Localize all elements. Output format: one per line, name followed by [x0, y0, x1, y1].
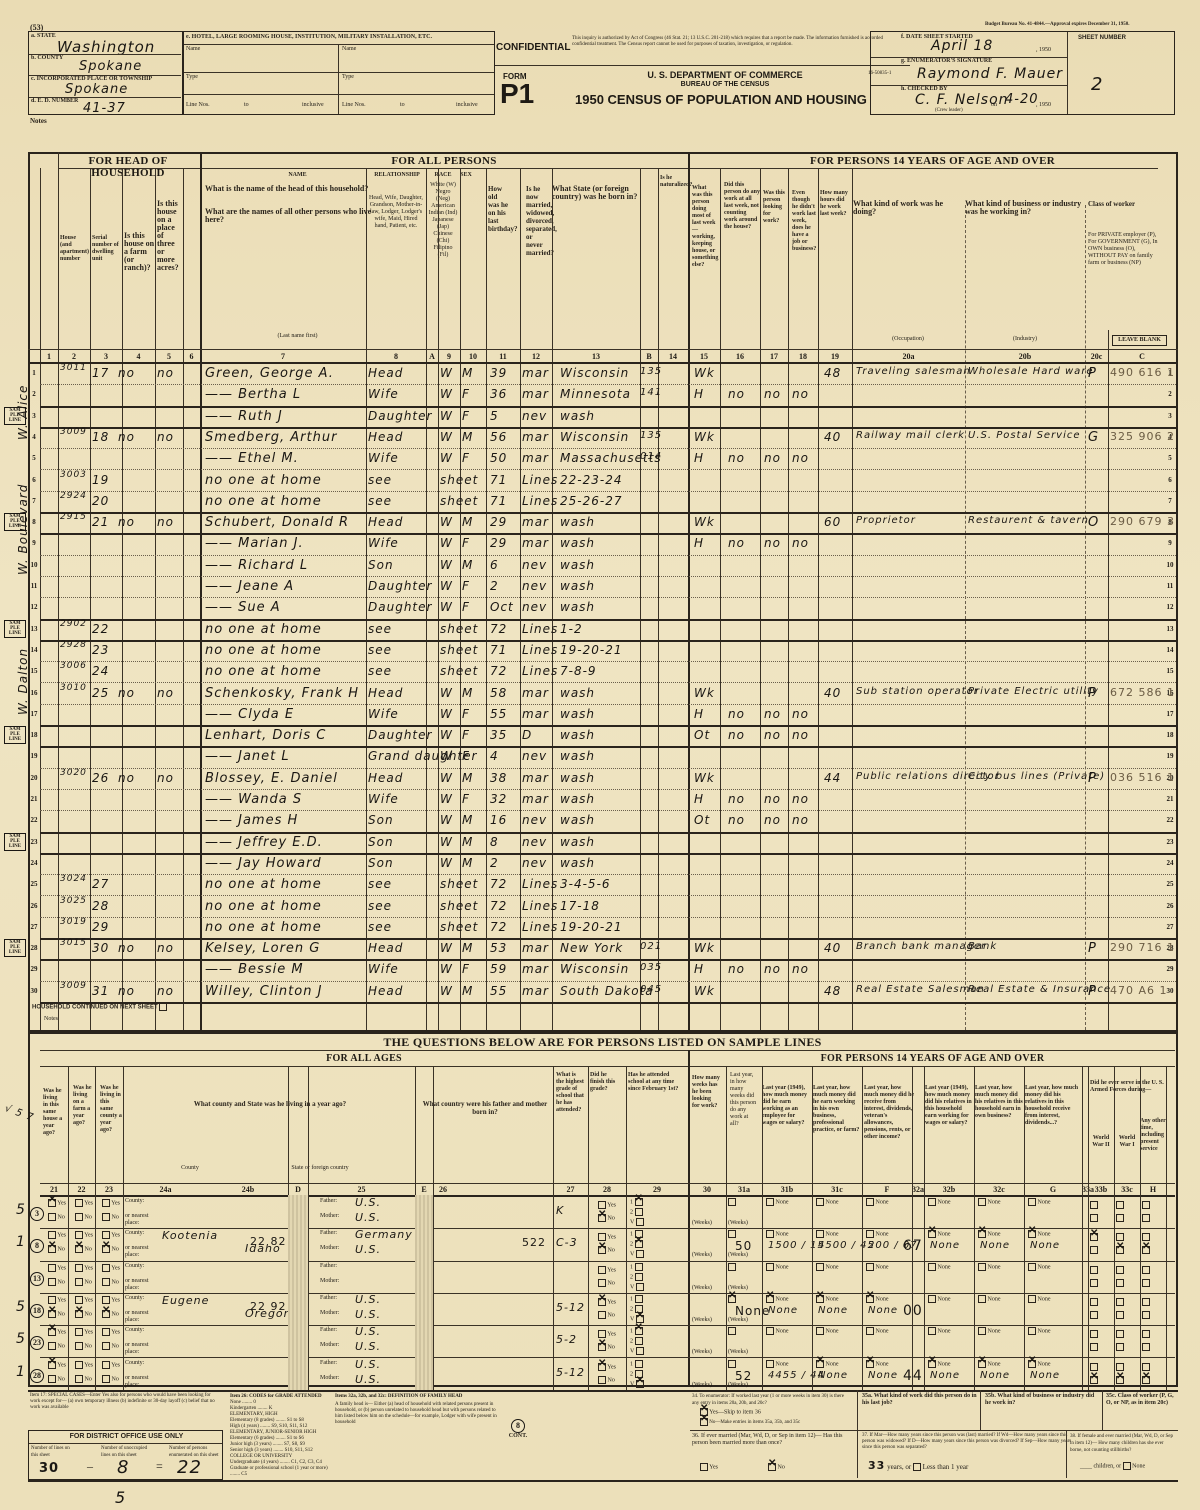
- table-row: 2727301929no one at homeseesheet72Lines1…: [0, 917, 1150, 938]
- cell-c15: H: [694, 451, 704, 465]
- q22-no-checkbox[interactable]: [75, 1213, 83, 1221]
- cell-c15: Wk: [694, 430, 715, 444]
- place-value: Spokane: [65, 82, 128, 97]
- q22-no-checkbox[interactable]: [75, 1342, 83, 1350]
- cell-age: 50: [490, 451, 507, 465]
- street-name-boulevard: W. Boulevard: [16, 484, 30, 575]
- line-number: 6: [28, 476, 40, 484]
- inc32b-none-checkbox[interactable]: [978, 1360, 986, 1368]
- q34-no-checkbox[interactable]: [700, 1418, 708, 1426]
- table-row: 1212—— Sue ADaughterWFOctnevwash: [0, 597, 1150, 618]
- inc31b-none-checkbox[interactable]: [816, 1327, 824, 1335]
- table-row: 1717—— Clyda EWifeWF55marwashHnonono: [0, 704, 1150, 725]
- sample-column-number: 24a: [123, 1185, 208, 1194]
- other-yes-checkbox[interactable]: [1142, 1266, 1150, 1274]
- mother-birthplace: U.S.: [355, 1243, 381, 1256]
- finished-no-checkbox[interactable]: [598, 1343, 606, 1351]
- cell-sex: F: [462, 451, 470, 465]
- line-number: 12: [1164, 603, 1176, 611]
- q21-no-checkbox[interactable]: [48, 1213, 56, 1221]
- q36-no-checkbox[interactable]: [768, 1463, 776, 1471]
- attended-over-checkbox[interactable]: [636, 1250, 644, 1258]
- ww2-no-checkbox[interactable]: [1090, 1246, 1098, 1254]
- attended-yes-checkbox[interactable]: [635, 1198, 643, 1206]
- income-inc32c: None: [1030, 1240, 1060, 1251]
- q23-yes-checkbox[interactable]: [102, 1231, 110, 1239]
- cell-serial: 21: [92, 515, 109, 529]
- ww1-no-checkbox[interactable]: [1116, 1376, 1124, 1384]
- finished-yes-checkbox[interactable]: [598, 1233, 606, 1241]
- line-number: 30: [28, 987, 40, 995]
- other-no-checkbox[interactable]: [1142, 1311, 1150, 1319]
- other-yes-checkbox[interactable]: [1142, 1363, 1150, 1371]
- q23-yes-checkbox[interactable]: [102, 1328, 110, 1336]
- cell-age: 72: [490, 664, 507, 678]
- cell-c15: Wk: [694, 515, 715, 529]
- cell-marital: mar: [522, 984, 549, 998]
- sample-column-number: 30: [688, 1185, 726, 1194]
- ww2-yes-checkbox[interactable]: [1090, 1201, 1098, 1209]
- finished-no-checkbox[interactable]: [598, 1376, 606, 1384]
- sample-column-number: F: [862, 1185, 912, 1194]
- cell-c15: Wk: [694, 941, 715, 955]
- finished-no-checkbox[interactable]: [598, 1279, 606, 1287]
- q23-no-checkbox[interactable]: [102, 1310, 110, 1318]
- attended-yes-checkbox[interactable]: [635, 1327, 643, 1335]
- cell-house: 3024: [60, 874, 87, 884]
- cell-serial: 18: [92, 430, 109, 444]
- none-children-checkbox[interactable]: [1123, 1462, 1131, 1470]
- weeks-none-checkbox[interactable]: [728, 1327, 736, 1335]
- other-yes-checkbox[interactable]: [1142, 1298, 1150, 1306]
- ww2-yes-checkbox[interactable]: [1090, 1363, 1098, 1371]
- cell-cls: P: [1088, 941, 1097, 956]
- finished-no-checkbox[interactable]: [598, 1311, 606, 1319]
- inc31b-none-checkbox[interactable]: [816, 1295, 824, 1303]
- attended-no-checkbox[interactable]: [635, 1337, 643, 1345]
- section-over-14: FOR PERSONS 14 YEARS OF AGE AND OVER: [690, 155, 1175, 167]
- attended-over-checkbox[interactable]: [636, 1283, 644, 1291]
- income-inc31b: None: [818, 1370, 848, 1381]
- cell-age: 8: [490, 835, 499, 849]
- cell-race: sheet: [440, 473, 478, 487]
- cell-age: 39: [490, 366, 507, 380]
- cell-race: W: [440, 387, 453, 401]
- weeks-none-checkbox[interactable]: [728, 1198, 736, 1206]
- finished-no-checkbox[interactable]: [598, 1214, 606, 1222]
- ww1-yes-checkbox[interactable]: [1116, 1266, 1124, 1274]
- other-no-checkbox[interactable]: [1142, 1279, 1150, 1287]
- cell-name: Blossey, E. Daniel: [205, 771, 338, 786]
- cell-sex: M: [462, 835, 473, 849]
- cell-race: sheet: [440, 899, 478, 913]
- inc31b-none-checkbox[interactable]: [816, 1360, 824, 1368]
- cell-race: W: [440, 984, 453, 998]
- cell-rel: see: [368, 664, 392, 678]
- q23-yes-checkbox[interactable]: [102, 1199, 110, 1207]
- sample-column-number: D: [288, 1185, 308, 1194]
- cell-rel: Son: [368, 856, 394, 870]
- q22-yes-checkbox[interactable]: [75, 1264, 83, 1272]
- inc32b-none-checkbox[interactable]: [978, 1198, 986, 1206]
- cell-name: no one at home: [205, 643, 322, 658]
- table-row: 3030300931nonoWilley, Clinton JHeadWM55m…: [0, 981, 1150, 1002]
- cell-age: 35: [490, 728, 507, 742]
- table-row: 1414292823no one at homeseesheet71Lines1…: [0, 640, 1150, 661]
- ww2-no-checkbox[interactable]: [1090, 1376, 1098, 1384]
- cell-b: 045: [640, 984, 662, 995]
- cell-birth: wash: [560, 600, 595, 614]
- table-row: 2929—— Bessie MWifeWF59marWisconsin035Hn…: [0, 959, 1150, 980]
- ww1-yes-checkbox[interactable]: [1116, 1363, 1124, 1371]
- household-continued-checkbox[interactable]: [159, 1003, 167, 1011]
- cell-marital: mar: [522, 792, 549, 806]
- q21-yes-checkbox[interactable]: [48, 1231, 56, 1239]
- cell-c19: 48: [824, 984, 841, 998]
- table-row: 11301117nonoGreen, George A.HeadWM39marW…: [0, 363, 1150, 384]
- q21-yes-checkbox[interactable]: [48, 1296, 56, 1304]
- inc32a-none-checkbox[interactable]: [928, 1360, 936, 1368]
- cell-c17: no: [764, 451, 781, 465]
- line-number: 3: [1164, 412, 1176, 420]
- inc31a-none-checkbox[interactable]: [766, 1230, 774, 1238]
- cell-c19: 40: [824, 430, 841, 444]
- inc32a-none-checkbox[interactable]: [928, 1263, 936, 1271]
- sample-circle: 23: [30, 1332, 44, 1350]
- line-number: 27: [1164, 923, 1176, 931]
- cell-farm: no: [118, 686, 135, 700]
- cell-rel: Daughter: [368, 409, 432, 423]
- other-no-checkbox[interactable]: [1142, 1246, 1150, 1254]
- inc32a-none-checkbox[interactable]: [928, 1327, 936, 1335]
- cell-age: 72: [490, 622, 507, 636]
- q23-yes-checkbox[interactable]: [102, 1296, 110, 1304]
- cell-race: sheet: [440, 920, 478, 934]
- cell-code: 290 679 3: [1110, 515, 1175, 528]
- sample-row: 1 8 Yes No Yes No Yes No County: or near…: [0, 1228, 1180, 1260]
- cell-acres: no: [157, 984, 174, 998]
- finished-yes-checkbox[interactable]: [598, 1363, 606, 1371]
- attended-over-checkbox[interactable]: [636, 1347, 644, 1355]
- q23-yes-checkbox[interactable]: [102, 1361, 110, 1369]
- other-no-checkbox[interactable]: [1142, 1214, 1150, 1222]
- cell-age: 71: [490, 643, 507, 657]
- inc31c-none-checkbox[interactable]: [866, 1198, 874, 1206]
- highest-grade: C-3: [556, 1236, 578, 1249]
- weeks-none-checkbox[interactable]: [728, 1263, 736, 1271]
- cell-marital: mar: [522, 366, 549, 380]
- cell-name: —— Bessie M: [205, 962, 304, 977]
- cell-birth: Wisconsin: [560, 962, 629, 976]
- inc31c-none-checkbox[interactable]: [866, 1263, 874, 1271]
- cell-birth: wash: [560, 749, 595, 763]
- q22-yes-checkbox[interactable]: [75, 1231, 83, 1239]
- table-row: 33SAMPLELINE—— Ruth JDaughterWF5nevwash: [0, 406, 1150, 427]
- inc31b-none-checkbox[interactable]: [816, 1198, 824, 1206]
- cell-house: 3009: [60, 427, 87, 437]
- attended-no-checkbox[interactable]: [635, 1208, 643, 1216]
- cell-birth: 17-18: [560, 899, 600, 913]
- finished-yes-checkbox[interactable]: [598, 1266, 606, 1274]
- cell-house: 3009: [60, 981, 87, 991]
- inc31a-none-checkbox[interactable]: [766, 1198, 774, 1206]
- inc32a-none-checkbox[interactable]: [928, 1295, 936, 1303]
- location-box: a. STATE Washington b. COUNTY Spokane c.…: [28, 31, 183, 115]
- income-inc31c: None: [868, 1305, 898, 1316]
- q22-no-checkbox[interactable]: [75, 1245, 83, 1253]
- q23-no-checkbox[interactable]: [102, 1245, 110, 1253]
- line-number: 2: [1164, 390, 1176, 398]
- income-inc31b: 4500 / 45: [818, 1240, 875, 1251]
- cell-name: Schubert, Donald R: [205, 515, 349, 530]
- cell-occ: Railway mail clerk: [856, 430, 965, 441]
- cell-rel: Head: [368, 771, 403, 785]
- q21-no-checkbox[interactable]: [48, 1342, 56, 1350]
- cell-name: no one at home: [205, 877, 322, 892]
- q22-no-checkbox[interactable]: [75, 1278, 83, 1286]
- cell-marital: Lines: [522, 494, 558, 508]
- q22-yes-checkbox[interactable]: [75, 1361, 83, 1369]
- cell-age: 55: [490, 984, 507, 998]
- other-no-checkbox[interactable]: [1142, 1376, 1150, 1384]
- inc32c-none-checkbox[interactable]: [1028, 1263, 1036, 1271]
- cell-sex: M: [462, 813, 473, 827]
- cell-marital: mar: [522, 771, 549, 785]
- ww2-no-checkbox[interactable]: [1090, 1279, 1098, 1287]
- cell-race: W: [440, 962, 453, 976]
- cell-c15: Ot: [694, 813, 710, 827]
- cell-c19: 40: [824, 686, 841, 700]
- line-number: 23: [28, 838, 40, 846]
- q21-yes-checkbox[interactable]: [48, 1199, 56, 1207]
- income-inc32a: None: [930, 1240, 960, 1251]
- inc32c-none-checkbox[interactable]: [1028, 1327, 1036, 1335]
- table-row: 66300319no one at homeseesheet71Lines22-…: [0, 470, 1150, 491]
- cell-birth: wash: [560, 813, 595, 827]
- cell-birth: wash: [560, 771, 595, 785]
- cell-code: 290 716 1: [1110, 941, 1175, 954]
- q23-no-checkbox[interactable]: [102, 1342, 110, 1350]
- cell-serial: 19: [92, 473, 109, 487]
- table-row: 1111—— Jeane ADaughterWF2nevwash: [0, 576, 1150, 597]
- cell-name: —— Jeffrey E.D.: [205, 835, 323, 850]
- cell-race: W: [440, 792, 453, 806]
- cell-name: —— Richard L: [205, 558, 308, 573]
- ww2-no-checkbox[interactable]: [1090, 1343, 1098, 1351]
- q21-yes-checkbox[interactable]: [48, 1361, 56, 1369]
- other-yes-checkbox[interactable]: [1142, 1201, 1150, 1209]
- cell-birth: 25-26-27: [560, 494, 622, 508]
- attended-yes-checkbox[interactable]: [635, 1295, 643, 1303]
- cell-sex: F: [462, 707, 470, 721]
- sample-line-marker: SAMPLELINE: [4, 726, 26, 744]
- ww2-no-checkbox[interactable]: [1090, 1311, 1098, 1319]
- ww1-yes-checkbox[interactable]: [1116, 1298, 1124, 1306]
- ww1-yes-checkbox[interactable]: [1116, 1233, 1124, 1241]
- ww2-yes-checkbox[interactable]: [1090, 1233, 1098, 1241]
- cell-sex: M: [462, 430, 473, 444]
- q21-no-checkbox[interactable]: [48, 1310, 56, 1318]
- line-number: 7: [1164, 497, 1176, 505]
- q22-yes-checkbox[interactable]: [75, 1199, 83, 1207]
- ww2-yes-checkbox[interactable]: [1090, 1330, 1098, 1338]
- finished-yes-checkbox[interactable]: [598, 1201, 606, 1209]
- cell-name: —— Marian J.: [205, 536, 304, 551]
- ww2-yes-checkbox[interactable]: [1090, 1298, 1098, 1306]
- highest-grade: K: [556, 1204, 564, 1217]
- q21-yes-checkbox[interactable]: [48, 1328, 56, 1336]
- weeks-none-checkbox[interactable]: [728, 1230, 736, 1238]
- cell-c17: no: [764, 536, 781, 550]
- cell-house: 3020: [60, 768, 87, 778]
- other-no-checkbox[interactable]: [1142, 1343, 1150, 1351]
- ww1-yes-checkbox[interactable]: [1116, 1201, 1124, 1209]
- cell-rel: Wife: [368, 707, 399, 721]
- cell-serial: 23: [92, 643, 109, 657]
- ww1-no-checkbox[interactable]: [1116, 1279, 1124, 1287]
- cell-farm: no: [118, 366, 135, 380]
- inc31c-none-checkbox[interactable]: [866, 1327, 874, 1335]
- inc32b-none-checkbox[interactable]: [978, 1230, 986, 1238]
- cell-sex: M: [462, 941, 473, 955]
- weeks-none-checkbox[interactable]: [728, 1360, 736, 1368]
- sample-row: 1 28 Yes No Yes No Yes No County: or nea…: [0, 1358, 1180, 1390]
- ww2-yes-checkbox[interactable]: [1090, 1266, 1098, 1274]
- cell-marital: nev: [522, 835, 547, 849]
- cell-birth: wash: [560, 856, 595, 870]
- table-row: 22—— Bertha LWifeWF36marMinnesota141Hnon…: [0, 384, 1150, 405]
- income-inc32b: None: [980, 1240, 1010, 1251]
- inc32a-none-checkbox[interactable]: [928, 1198, 936, 1206]
- q22-yes-checkbox[interactable]: [75, 1328, 83, 1336]
- grade-code-item: Graduate or professional school (1 year …: [230, 1466, 328, 1478]
- cell-c16: no: [728, 387, 745, 401]
- attended-over-checkbox[interactable]: [636, 1380, 644, 1388]
- q23-yes-checkbox[interactable]: [102, 1264, 110, 1272]
- attended-over-checkbox[interactable]: [636, 1218, 644, 1226]
- income-inc31a: 1500 / 15: [768, 1240, 825, 1251]
- q21-no-checkbox[interactable]: [48, 1245, 56, 1253]
- sample-circle: 18: [30, 1300, 44, 1318]
- finished-no-checkbox[interactable]: [598, 1246, 606, 1254]
- cell-sex: F: [462, 409, 470, 423]
- form-number: P1: [500, 80, 534, 108]
- less-than-year-checkbox[interactable]: [913, 1463, 921, 1471]
- inc31a-none-checkbox[interactable]: [766, 1327, 774, 1335]
- household-continued[interactable]: HOUSEHOLD CONTINUED ON NEXT SHEET: [32, 1003, 167, 1012]
- q22-no-checkbox[interactable]: [75, 1375, 83, 1383]
- cell-marital: Lines: [522, 664, 558, 678]
- q22-yes-checkbox[interactable]: [75, 1296, 83, 1304]
- finished-yes-checkbox[interactable]: [598, 1298, 606, 1306]
- ww1-no-checkbox[interactable]: [1116, 1214, 1124, 1222]
- inc32b-none-checkbox[interactable]: [978, 1263, 986, 1271]
- cell-rel: see: [368, 920, 392, 934]
- inc32c-none-checkbox[interactable]: [1028, 1360, 1036, 1368]
- cell-rel: Wife: [368, 387, 399, 401]
- cell-marital: mar: [522, 387, 549, 401]
- inc31c-none-checkbox[interactable]: [866, 1295, 874, 1303]
- cell-race: W: [440, 366, 453, 380]
- cell-sex: M: [462, 984, 473, 998]
- sample-row: 5 23 Yes No Yes No Yes No County: or nea…: [0, 1325, 1180, 1357]
- inc31a-none-checkbox[interactable]: [766, 1263, 774, 1271]
- q36-yes-checkbox[interactable]: [700, 1463, 708, 1471]
- inc32c-none-checkbox[interactable]: [1028, 1230, 1036, 1238]
- ww1-no-checkbox[interactable]: [1116, 1311, 1124, 1319]
- attended-no-checkbox[interactable]: [635, 1240, 643, 1248]
- inc31c-none-checkbox[interactable]: [866, 1360, 874, 1368]
- q21-no-checkbox[interactable]: [48, 1375, 56, 1383]
- cell-age: 32: [490, 792, 507, 806]
- cell-serial: 28: [92, 899, 109, 913]
- q23-no-checkbox[interactable]: [102, 1213, 110, 1221]
- ww1-yes-checkbox[interactable]: [1116, 1330, 1124, 1338]
- inc31a-none-checkbox[interactable]: [766, 1360, 774, 1368]
- line-number: 17: [1164, 710, 1176, 718]
- cell-sex: M: [462, 686, 473, 700]
- ww2-no-checkbox[interactable]: [1090, 1214, 1098, 1222]
- sample-column-number: G: [1024, 1185, 1082, 1194]
- ww1-no-checkbox[interactable]: [1116, 1246, 1124, 1254]
- mother-birthplace: U.S.: [355, 1340, 381, 1353]
- cell-age: 16: [490, 813, 507, 827]
- q22-no-checkbox[interactable]: [75, 1310, 83, 1318]
- q21-no-checkbox[interactable]: [48, 1278, 56, 1286]
- q23-no-checkbox[interactable]: [102, 1375, 110, 1383]
- weeks-none-checkbox[interactable]: [728, 1295, 736, 1303]
- inc31a-none-checkbox[interactable]: [766, 1295, 774, 1303]
- inc32a-none-checkbox[interactable]: [928, 1230, 936, 1238]
- cell-ind: Wholesale Hard ware: [968, 366, 1094, 377]
- cell-acres: no: [157, 430, 174, 444]
- inc32b-none-checkbox[interactable]: [978, 1327, 986, 1335]
- attended-no-checkbox[interactable]: [635, 1273, 643, 1281]
- line-number: 12: [28, 603, 40, 611]
- county-lived: Eugene: [162, 1294, 209, 1307]
- cell-marital: nev: [522, 749, 547, 763]
- sample-circle: 3: [30, 1203, 44, 1221]
- cell-birth: Wisconsin: [560, 366, 629, 380]
- inc32c-none-checkbox[interactable]: [1028, 1295, 1036, 1303]
- attended-yes-checkbox[interactable]: [635, 1360, 643, 1368]
- other-yes-checkbox[interactable]: [1142, 1233, 1150, 1241]
- other-yes-checkbox[interactable]: [1142, 1330, 1150, 1338]
- line-number: 5: [1164, 454, 1176, 462]
- cell-birth: wash: [560, 835, 595, 849]
- finished-yes-checkbox[interactable]: [598, 1330, 606, 1338]
- cell-sex: M: [462, 771, 473, 785]
- cell-race: sheet: [440, 664, 478, 678]
- cell-c19: 60: [824, 515, 841, 529]
- sample-column-number: H: [1140, 1185, 1166, 1194]
- inc32c-none-checkbox[interactable]: [1028, 1198, 1036, 1206]
- table-row: 55—— Ethel M.WifeWF50marMassachusetts014…: [0, 448, 1150, 469]
- cell-birth: wash: [560, 792, 595, 806]
- inc31b-none-checkbox[interactable]: [816, 1263, 824, 1271]
- inc31c-none-checkbox[interactable]: [866, 1230, 874, 1238]
- ww1-no-checkbox[interactable]: [1116, 1343, 1124, 1351]
- attended-yes-checkbox[interactable]: [635, 1263, 643, 1271]
- inc31b-none-checkbox[interactable]: [816, 1230, 824, 1238]
- cell-age: 59: [490, 962, 507, 976]
- cont-indicator: 8 CONT.: [508, 1415, 528, 1440]
- q21-yes-checkbox[interactable]: [48, 1264, 56, 1272]
- cell-ind: City bus lines (Private): [968, 771, 1105, 782]
- cell-code: 672 586 1: [1110, 686, 1175, 699]
- q23-no-checkbox[interactable]: [102, 1278, 110, 1286]
- inc32b-none-checkbox[interactable]: [978, 1295, 986, 1303]
